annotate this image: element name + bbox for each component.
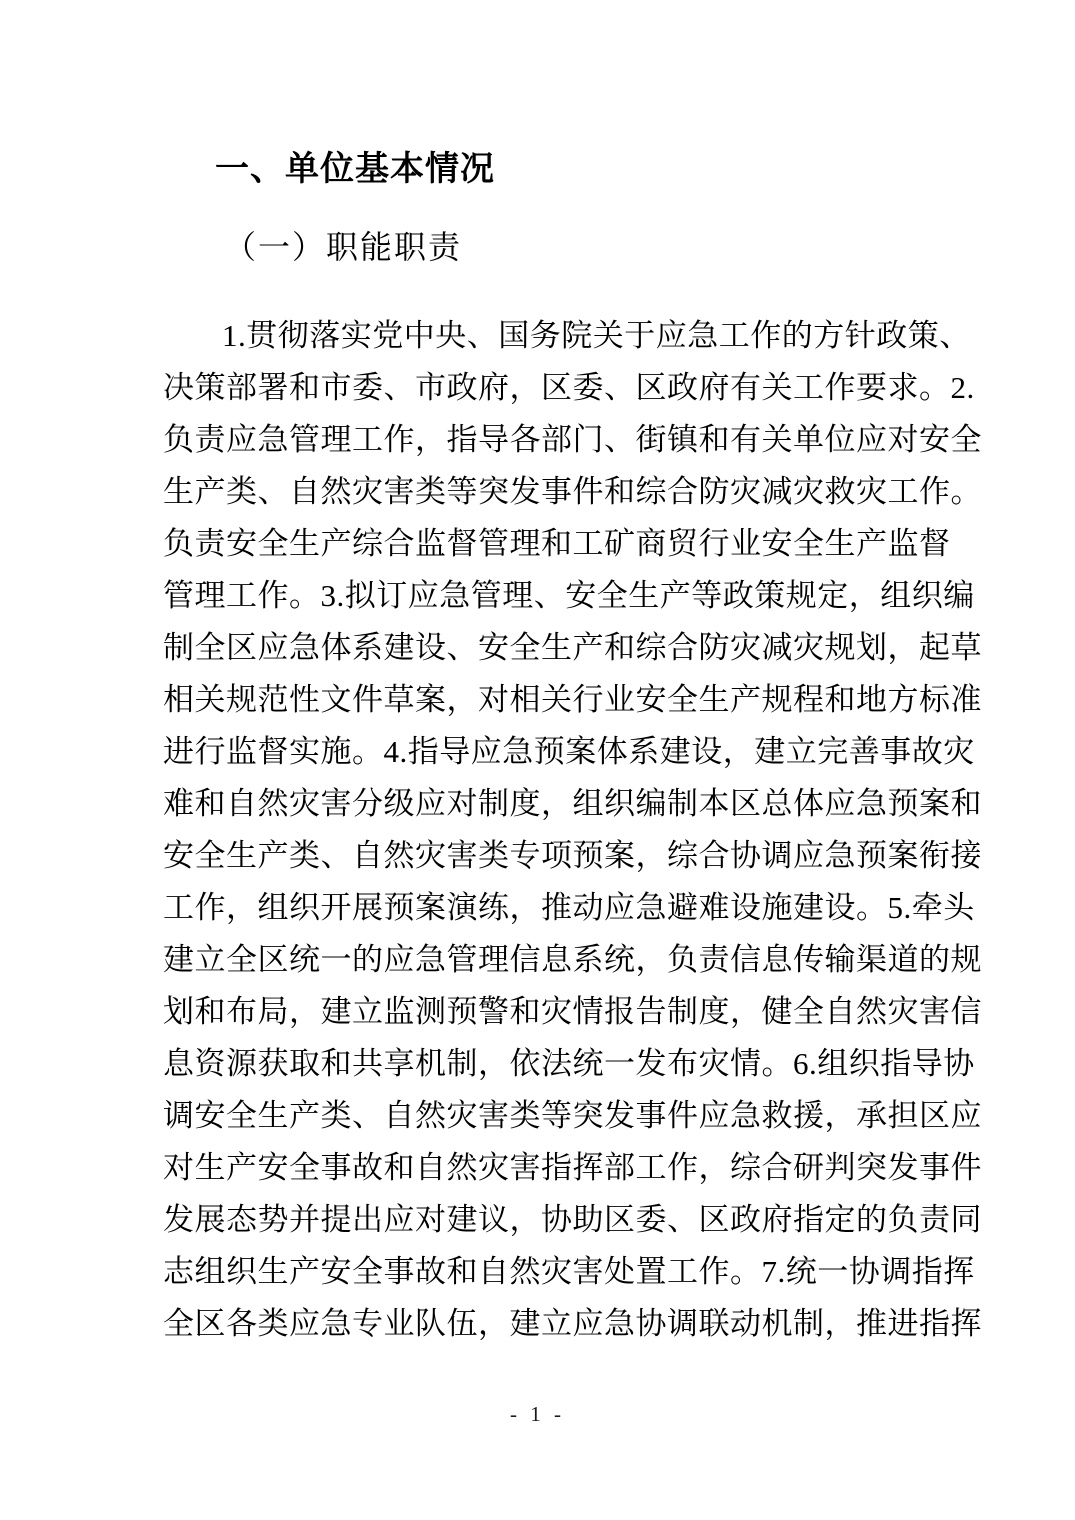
text-line: 决策部署和市委、市政府，区委、区政府有关工作要求。2.	[163, 362, 920, 414]
text-line: 息资源获取和共享机制，依法统一发布灾情。6.组织指导协	[163, 1038, 920, 1090]
text-line: 划和布局，建立监测预警和灾情报告制度，健全自然灾害信	[163, 986, 920, 1038]
text-line: 难和自然灾害分级应对制度，组织编制本区总体应急预案和	[163, 778, 920, 830]
text-line: 相关规范性文件草案，对相关行业安全生产规程和地方标准	[163, 674, 920, 726]
text-line: 制全区应急体系建设、安全生产和综合防灾减灾规划，起草	[163, 622, 920, 674]
text-line: 对生产安全事故和自然灾害指挥部工作，综合研判突发事件	[163, 1142, 920, 1194]
text-line: 安全生产类、自然灾害类专项预案，综合协调应急预案衔接	[163, 830, 920, 882]
text-line: 建立全区统一的应急管理信息系统，负责信息传输渠道的规	[163, 934, 920, 986]
page-number: - 1 -	[0, 1402, 1075, 1427]
text-line: 调安全生产类、自然灾害类等突发事件应急救援，承担区应	[163, 1090, 920, 1142]
document-page: 一、单位基本情况 （一）职能职责 1.贯彻落实党中央、国务院关于应急工作的方针政…	[0, 0, 1075, 1520]
text-line: 管理工作。3.拟订应急管理、安全生产等政策规定，组织编	[163, 570, 920, 622]
section-heading: 一、单位基本情况	[215, 150, 495, 188]
text-line: 1.贯彻落实党中央、国务院关于应急工作的方针政策、	[163, 310, 920, 362]
subsection-heading: （一）职能职责	[224, 228, 462, 266]
body-paragraph: 1.贯彻落实党中央、国务院关于应急工作的方针政策、决策部署和市委、市政府，区委、…	[163, 310, 920, 1350]
text-line: 全区各类应急专业队伍，建立应急协调联动机制，推进指挥	[163, 1298, 920, 1350]
text-line: 志组织生产安全事故和自然灾害处置工作。7.统一协调指挥	[163, 1246, 920, 1298]
text-line: 进行监督实施。4.指导应急预案体系建设，建立完善事故灾	[163, 726, 920, 778]
text-line: 发展态势并提出应对建议，协助区委、区政府指定的负责同	[163, 1194, 920, 1246]
text-line: 负责安全生产综合监督管理和工矿商贸行业安全生产监督	[163, 518, 920, 570]
text-line: 工作，组织开展预案演练，推动应急避难设施建设。5.牵头	[163, 882, 920, 934]
text-line: 生产类、自然灾害类等突发事件和综合防灾减灾救灾工作。	[163, 466, 920, 518]
text-line: 负责应急管理工作，指导各部门、街镇和有关单位应对安全	[163, 414, 920, 466]
